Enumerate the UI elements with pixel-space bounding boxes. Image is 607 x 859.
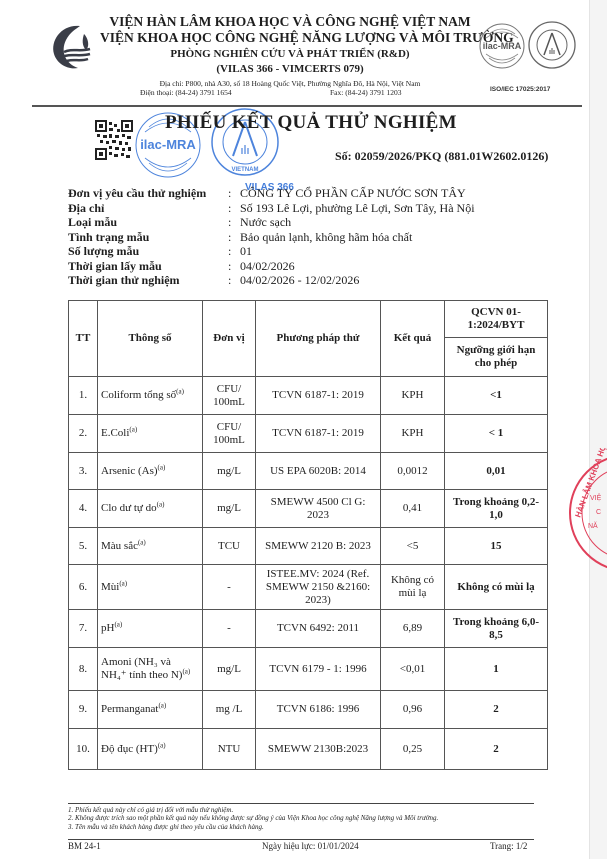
svg-text:NĂ: NĂ: [588, 521, 598, 530]
cell-parameter: Clo dư tự do(a): [98, 490, 203, 528]
cell-limit: Trong khoảng 0,2-1,0: [445, 490, 548, 528]
table-row: 6.Mùi(a)-ISTEE.MV: 2024 (Ref. SMEWW 2150…: [69, 565, 548, 610]
cell-result: 0,41: [381, 490, 445, 528]
header-standard: QCVN 01-1:2024/BYT: [445, 301, 548, 338]
report-number: Số: 02059/2026/PKQ (881.01W2602.0126): [335, 149, 548, 164]
iso-standard: ISO/IEC 17025:2017: [490, 86, 550, 93]
svg-text:VIỆ: VIỆ: [590, 493, 602, 502]
info-colon: :: [228, 186, 240, 201]
info-value: 04/02/2026: [240, 259, 538, 274]
header-fax: Fax: (84-24) 3791 1203: [330, 88, 401, 97]
info-row: Tình trạng mẫu:Bảo quản lạnh, không hãm …: [68, 230, 538, 245]
info-label: Thời gian lấy mẫu: [68, 259, 228, 274]
table-row: 2.E.Coli(a)CFU/ 100mLTCVN 6187-1: 2019KP…: [69, 415, 548, 453]
qr-code-icon[interactable]: [95, 120, 133, 160]
cell-unit: TCU: [203, 528, 256, 565]
info-value: Bảo quản lạnh, không hãm hóa chất: [240, 230, 538, 245]
svg-text:C: C: [596, 509, 601, 516]
cell-parameter: Coliform tổng số(a): [98, 377, 203, 415]
cell-method: TCVN 6187-1: 2019: [256, 415, 381, 453]
info-colon: :: [228, 244, 240, 259]
cell-tt: 6.: [69, 565, 98, 610]
info-label: Thời gian thử nghiệm: [68, 273, 228, 288]
info-row: Thời gian lấy mẫu:04/02/2026: [68, 259, 538, 274]
cell-result: 0,25: [381, 729, 445, 770]
info-row: Địa chỉ:Số 193 Lê Lợi, phường Lê Lợi, Sơ…: [68, 201, 538, 216]
cell-unit: NTU: [203, 729, 256, 770]
cell-method: ISTEE.MV: 2024 (Ref. SMEWW 2150 &2160: 2…: [256, 565, 381, 610]
cell-result: 6,89: [381, 610, 445, 648]
footnote: 2. Không được trích sao một phần kết quả…: [68, 814, 438, 822]
footnote: 1. Phiếu kết quả này chỉ có giá trị đối …: [68, 806, 438, 814]
svg-text:VIETNAM: VIETNAM: [232, 167, 259, 173]
cell-limit: Trong khoảng 6,0-8,5: [445, 610, 548, 648]
official-red-seal-icon: HÀN LÂM KHOA HỌ VIỆ C NĂ: [566, 448, 607, 578]
header-accreditation: (VILAS 366 - VIMCERTS 079): [100, 63, 480, 75]
cell-unit: mg /L: [203, 691, 256, 729]
cell-method: TCVN 6179 - 1: 1996: [256, 648, 381, 691]
cell-result: <5: [381, 528, 445, 565]
info-colon: :: [228, 215, 240, 230]
cell-method: SMEWW 4500 Cl G: 2023: [256, 490, 381, 528]
cell-unit: mg/L: [203, 648, 256, 691]
info-row: Loại mẫu:Nước sạch: [68, 215, 538, 230]
cell-tt: 1.: [69, 377, 98, 415]
svg-text:ilac-MRA: ilac-MRA: [140, 137, 196, 152]
info-label: Số lượng mẫu: [68, 244, 228, 259]
cell-unit: CFU/ 100mL: [203, 377, 256, 415]
info-label: Đơn vị yêu cầu thử nghiệm: [68, 186, 228, 201]
cell-result: <0,01: [381, 648, 445, 691]
footer-divider: [68, 803, 534, 804]
page-edge: [589, 0, 607, 859]
header-result: Kết quả: [381, 301, 445, 377]
cell-parameter: Màu sắc(a): [98, 528, 203, 565]
cell-parameter: Mùi(a): [98, 565, 203, 610]
info-value: 01: [240, 244, 538, 259]
table-row: 7.pH(a)-TCVN 6492: 20116,89Trong khoảng …: [69, 610, 548, 648]
info-value: Nước sạch: [240, 215, 538, 230]
cell-parameter: pH(a): [98, 610, 203, 648]
cell-limit: < 1: [445, 415, 548, 453]
cell-unit: -: [203, 565, 256, 610]
info-colon: :: [228, 201, 240, 216]
cell-tt: 3.: [69, 453, 98, 490]
header-institute: VIỆN KHOA HỌC CÔNG NGHỆ NĂNG LƯỢNG VÀ MÔ…: [100, 30, 480, 46]
cell-tt: 5.: [69, 528, 98, 565]
header-tt: TT: [69, 301, 98, 377]
info-row: Thời gian thử nghiệm:04/02/2026 - 12/02/…: [68, 273, 538, 288]
footnote: 3. Tên mẫu và tên khách hàng được ghi th…: [68, 823, 438, 831]
info-label: Tình trạng mẫu: [68, 230, 228, 245]
cell-tt: 2.: [69, 415, 98, 453]
boa-logo-icon: [527, 20, 577, 70]
table-row: 9.Permanganat(a)mg /LTCVN 6186: 19960,96…: [69, 691, 548, 729]
cell-tt: 4.: [69, 490, 98, 528]
cell-limit: 0,01: [445, 453, 548, 490]
form-code: BM 24-1: [68, 841, 101, 851]
cell-parameter: Arsenic (As)(a): [98, 453, 203, 490]
cell-limit: 1: [445, 648, 548, 691]
cell-method: SMEWW 2120 B: 2023: [256, 528, 381, 565]
page-number: Trang: 1/2: [490, 841, 527, 851]
cell-limit: 2: [445, 691, 548, 729]
footnotes: 1. Phiếu kết quả này chỉ có giá trị đối …: [68, 806, 438, 831]
cell-tt: 10.: [69, 729, 98, 770]
cell-tt: 7.: [69, 610, 98, 648]
header-unit: Đơn vị: [203, 301, 256, 377]
svg-text:ilac-MRA: ilac-MRA: [483, 41, 522, 51]
institute-logo-icon: [48, 22, 98, 72]
table-row: 4.Clo dư tự do(a)mg/LSMEWW 4500 Cl G: 20…: [69, 490, 548, 528]
cell-limit: <1: [445, 377, 548, 415]
header-department: PHÒNG NGHIÊN CỨU VÀ PHÁT TRIỂN (R&D): [100, 48, 480, 60]
info-value: CÔNG TY CỔ PHẦN CẤP NƯỚC SƠN TÂY: [240, 186, 538, 201]
header-method: Phương pháp thử: [256, 301, 381, 377]
cell-result: 0,0012: [381, 453, 445, 490]
footer-divider: [68, 839, 534, 840]
cell-method: US EPA 6020B: 2014: [256, 453, 381, 490]
cell-method: TCVN 6186: 1996: [256, 691, 381, 729]
cell-limit: Không có mùi lạ: [445, 565, 548, 610]
header-divider: [32, 105, 582, 107]
ilac-mra-logo-icon: ilac-MRA: [478, 22, 526, 70]
cell-method: SMEWW 2130B:2023: [256, 729, 381, 770]
table-row: 10.Độ đục (HT)(a)NTUSMEWW 2130B:20230,25…: [69, 729, 548, 770]
cell-parameter: Amoni (NH₃ và NH₄⁺ tính theo N)(a): [98, 648, 203, 691]
cell-tt: 9.: [69, 691, 98, 729]
cell-method: TCVN 6492: 2011: [256, 610, 381, 648]
cell-unit: mg/L: [203, 453, 256, 490]
cell-tt: 8.: [69, 648, 98, 691]
cell-result: KPH: [381, 415, 445, 453]
info-row: Đơn vị yêu cầu thử nghiệm:CÔNG TY CỔ PHẦ…: [68, 186, 538, 201]
cell-parameter: Độ đục (HT)(a): [98, 729, 203, 770]
report-title: PHIẾU KẾT QUẢ THỬ NGHIỆM: [165, 112, 457, 134]
header-phone: Điện thoại: (84-24) 3791 1654: [140, 88, 232, 97]
effective-date: Ngày hiệu lực: 01/01/2024: [262, 841, 359, 851]
info-label: Loại mẫu: [68, 215, 228, 230]
info-value: Số 193 Lê Lợi, phường Lê Lợi, Sơn Tây, H…: [240, 201, 538, 216]
cell-limit: 15: [445, 528, 548, 565]
cell-unit: mg/L: [203, 490, 256, 528]
table-row: 1.Coliform tổng số(a)CFU/ 100mLTCVN 6187…: [69, 377, 548, 415]
info-label: Địa chỉ: [68, 201, 228, 216]
cell-parameter: Permanganat(a): [98, 691, 203, 729]
cell-limit: 2: [445, 729, 548, 770]
table-row: 5.Màu sắc(a)TCUSMEWW 2120 B: 2023<515: [69, 528, 548, 565]
cell-result: KPH: [381, 377, 445, 415]
table-row: 3.Arsenic (As)(a)mg/LUS EPA 6020B: 20140…: [69, 453, 548, 490]
cell-method: TCVN 6187-1: 2019: [256, 377, 381, 415]
table-row: 8.Amoni (NH₃ và NH₄⁺ tính theo N)(a)mg/L…: [69, 648, 548, 691]
info-row: Số lượng mẫu:01: [68, 244, 538, 259]
cell-unit: CFU/ 100mL: [203, 415, 256, 453]
header-limit: Ngưỡng giới hạn cho phép: [445, 338, 548, 377]
info-colon: :: [228, 259, 240, 274]
header-parameter: Thông số: [98, 301, 203, 377]
cell-result: Không có mùi lạ: [381, 565, 445, 610]
header-academy: VIỆN HÀN LÂM KHOA HỌC VÀ CÔNG NGHỆ VIỆT …: [100, 14, 480, 30]
cell-unit: -: [203, 610, 256, 648]
cell-parameter: E.Coli(a): [98, 415, 203, 453]
sample-info: Đơn vị yêu cầu thử nghiệm:CÔNG TY CỔ PHẦ…: [68, 186, 538, 288]
header-address: Địa chỉ: P800, nhà A30, số 18 Hoàng Quốc…: [100, 79, 480, 88]
info-value: 04/02/2026 - 12/02/2026: [240, 273, 538, 288]
info-colon: :: [228, 230, 240, 245]
cell-result: 0,96: [381, 691, 445, 729]
results-table: TT Thông số Đơn vị Phương pháp thử Kết q…: [68, 300, 548, 770]
info-colon: :: [228, 273, 240, 288]
